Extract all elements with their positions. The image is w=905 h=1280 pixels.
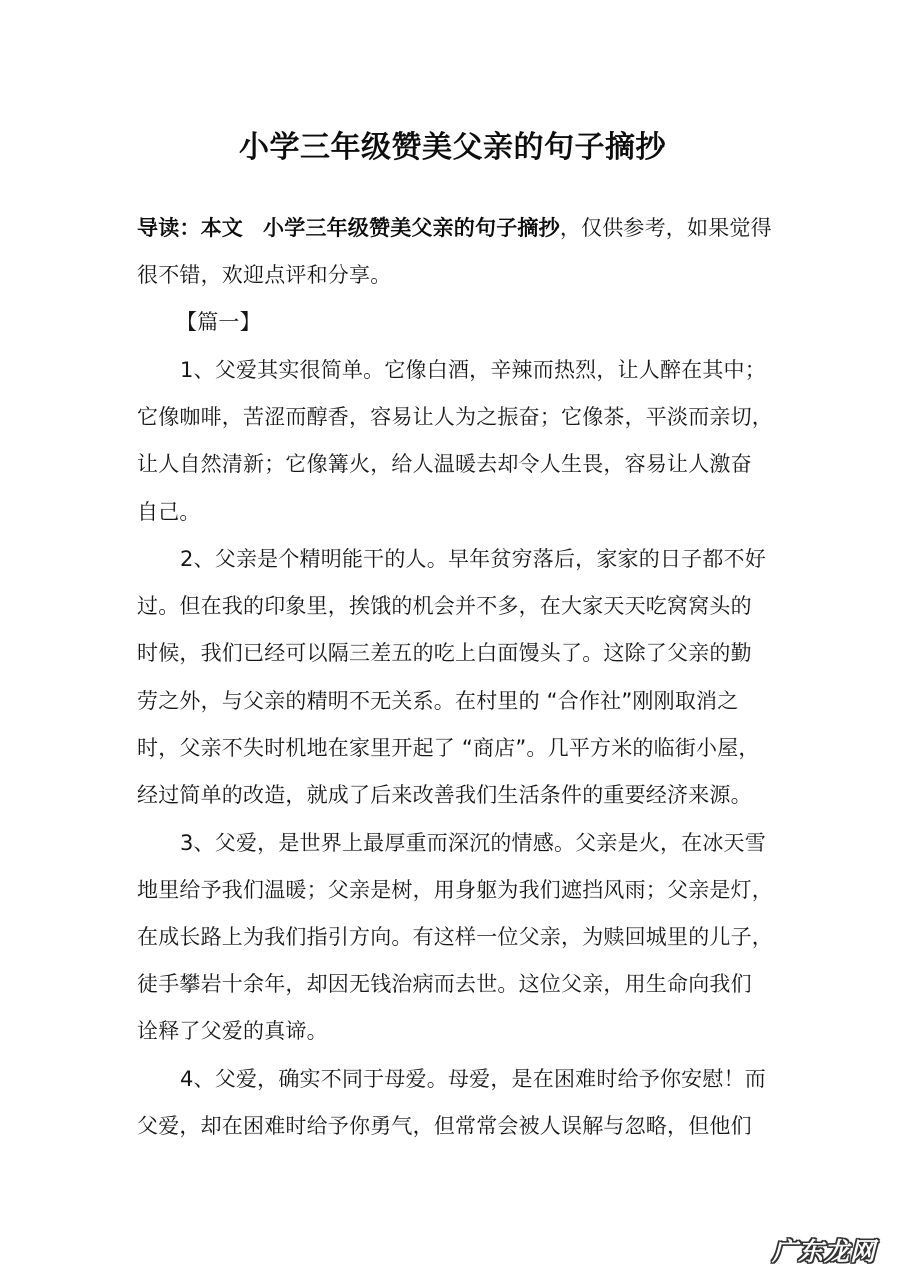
page-title: 小学三年级赞美父亲的句子摘抄	[0, 126, 905, 170]
paragraph-1-line: 它像咖啡，苦涩而醇香，容易让人为之振奋；它像茶，平淡而亲切，	[137, 402, 773, 432]
paragraph-3-line: 徒手攀岩十余年，却因无钱治病而去世。这位父亲，用生命向我们	[137, 969, 752, 999]
paragraph-2-line: 2、父亲是个精明能干的人。早年贫穷落后，家家的日子都不好	[180, 544, 766, 574]
paragraph-3-line: 在成长路上为我们指引方向。有这样一位父亲，为赎回城里的儿子，	[137, 922, 773, 952]
paragraph-1-line: 1、父爱其实很简单。它像白酒，辛辣而热烈，让人醉在其中；	[180, 355, 766, 385]
paragraph-2-line: 过。但在我的印象里，挨饿的机会并不多，在大家天天吃窝窝头的	[137, 591, 752, 621]
intro-rest: ，仅供参考，如果觉得	[560, 216, 772, 240]
paragraph-1-line: 让人自然清新；它像篝火，给人温暖去却令人生畏，容易让人激奋	[137, 449, 752, 479]
paragraph-3-line: 3、父爱，是世界上最厚重而深沉的情感。父亲是火，在冰天雪	[180, 828, 766, 858]
intro-label: 导读：本文	[137, 216, 243, 240]
paragraph-2-line: 时，父亲不失时机地在家里开起了 “商店”。几平方米的临街小屋，	[137, 733, 760, 763]
paragraph-4-line: 父爱，却在困难时给予你勇气，但常常会被人误解与忽略，但他们	[137, 1111, 752, 1141]
paragraph-3-line: 地里给予我们温暖；父亲是树，用身躯为我们遮挡风雨；父亲是灯，	[137, 875, 773, 905]
paragraph-1-line: 自己。	[137, 497, 201, 527]
paragraph-2-line: 时候，我们已经可以隔三差五的吃上白面馒头了。这除了父亲的勤	[137, 638, 752, 668]
paragraph-3-line: 诠释了父爱的真谛。	[137, 1016, 328, 1046]
intro-line-1: 导读：本文小学三年级赞美父亲的句子摘抄，仅供参考，如果觉得	[137, 213, 772, 243]
document-page: 小学三年级赞美父亲的句子摘抄 导读：本文小学三年级赞美父亲的句子摘抄，仅供参考，…	[0, 0, 905, 1280]
intro-bold-title: 小学三年级赞美父亲的句子摘抄	[263, 216, 560, 240]
paragraph-2-line: 经过简单的改造，就成了后来改善我们生活条件的重要经济来源。	[137, 780, 752, 810]
section-heading: 【篇一】	[176, 307, 261, 337]
intro-line-2: 很不错，欢迎点评和分享。	[137, 260, 391, 290]
paragraph-2-line: 劳之外，与父亲的精明不无关系。在村里的 “合作社”刚刚取消之	[137, 686, 738, 716]
paragraph-4-line: 4、父爱，确实不同于母爱。母爱，是在困难时给予你安慰！而	[180, 1064, 766, 1094]
site-watermark: 广东龙网	[772, 1232, 876, 1268]
